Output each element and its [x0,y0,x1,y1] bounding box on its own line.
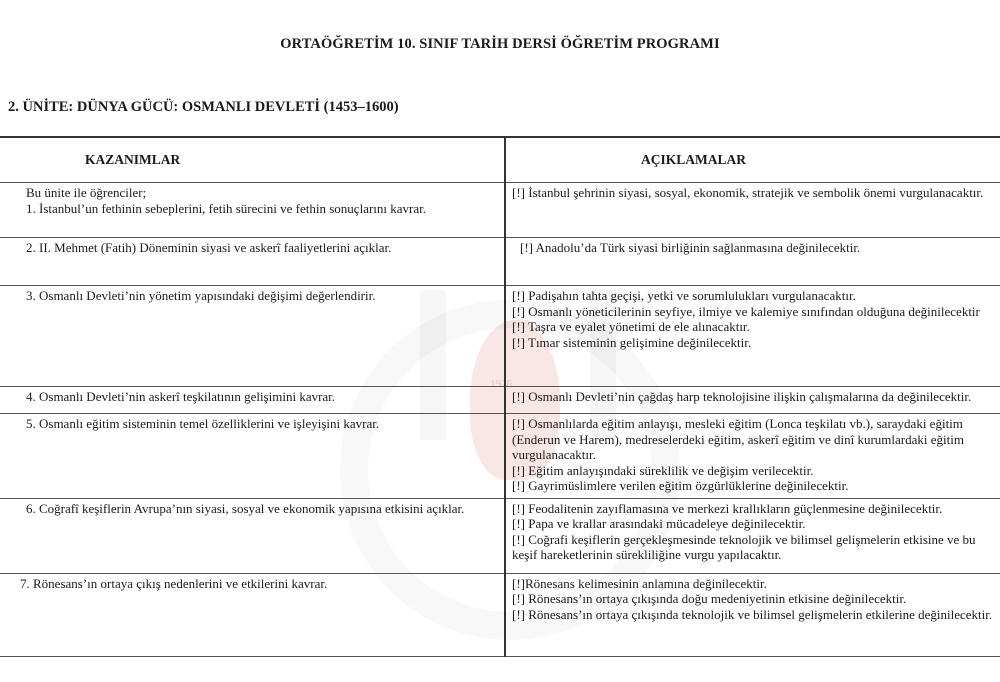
table-row: 5. Osmanlı eğitim sisteminin temel özell… [0,414,1000,499]
aciklama-item: [!] Osmanlı Devleti’nin çağdaş harp tekn… [512,389,996,405]
aciklama-item: [!] Anadolu’da Türk siyasi birliğinin sa… [520,240,996,256]
unit-title: 2. ÜNİTE: DÜNYA GÜCÜ: OSMANLI DEVLETİ (1… [8,99,399,116]
aciklama-item: [!] Coğrafi keşiflerin gerçekleşmesinde … [512,532,996,563]
aciklama-item: [!] Feodalitenin zayıflamasına ve merkez… [512,501,996,517]
kazanim-cell: 2. II. Mehmet (Fatih) Döneminin siyasi v… [0,238,505,286]
table-row: 6. Coğrafî keşiflerin Avrupa’nın siyasi,… [0,498,1000,573]
table-row: 2. II. Mehmet (Fatih) Döneminin siyasi v… [0,238,1000,286]
kazanim-cell: 4. Osmanlı Devleti’nin askerî teşkilatın… [0,387,505,414]
kazanim-text: 5. Osmanlı eğitim sisteminin temel özell… [26,416,496,432]
aciklama-item: [!] Rönesans’ın ortaya çıkışında teknolo… [512,607,996,623]
aciklama-cell: [!] Osmanlılarda eğitim anlayışı, meslek… [505,414,1000,499]
aciklama-item: [!] Rönesans’ın ortaya çıkışında doğu me… [512,591,996,607]
aciklama-item: [!] Papa ve krallar arasındaki mücadeley… [512,516,996,532]
kazanim-text: 1. İstanbul’un fethinin sebeplerini, fet… [26,201,496,217]
aciklama-cell: [!] Padişahın tahta geçişi, yetki ve sor… [505,286,1000,387]
aciklama-item: [!] Padişahın tahta geçişi, yetki ve sor… [512,288,996,304]
kazanim-text: 6. Coğrafî keşiflerin Avrupa’nın siyasi,… [26,501,496,517]
aciklama-item: [!] Osmanlı yöneticilerinin seyfiye, ilm… [512,304,996,320]
kazanim-cell: 7. Rönesans’ın ortaya çıkış nedenlerini … [0,573,505,656]
kazanim-text: 3. Osmanlı Devleti’nin yönetim yapısında… [26,288,496,304]
table-row: 7. Rönesans’ın ortaya çıkış nedenlerini … [0,573,1000,656]
header-kazanimlar: KAZANIMLAR [0,137,505,183]
table-row: 3. Osmanlı Devleti’nin yönetim yapısında… [0,286,1000,387]
kazanim-text: 7. Rönesans’ın ortaya çıkış nedenlerini … [20,576,496,592]
aciklama-cell: [!] Anadolu’da Türk siyasi birliğinin sa… [505,238,1000,286]
aciklama-item: [!] Osmanlılarda eğitim anlayışı, meslek… [512,416,996,463]
aciklama-item: [!] Taşra ve eyalet yönetimi de ele alın… [512,319,996,335]
kazanim-cell: 6. Coğrafî keşiflerin Avrupa’nın siyasi,… [0,498,505,573]
aciklama-cell: [!] Feodalitenin zayıflamasına ve merkez… [505,498,1000,573]
table-row: Bu ünite ile öğrenciler; 1. İstanbul’un … [0,183,1000,238]
kazanim-cell: Bu ünite ile öğrenciler; 1. İstanbul’un … [0,183,505,238]
table-header-row: KAZANIMLAR AÇIKLAMALAR [0,137,1000,183]
kazanim-cell: 3. Osmanlı Devleti’nin yönetim yapısında… [0,286,505,387]
aciklama-item: [!] Gayrimüslimlere verilen eğitim özgür… [512,478,996,494]
header-aciklamalar: AÇIKLAMALAR [505,137,1000,183]
kazanim-cell: 5. Osmanlı eğitim sisteminin temel özell… [0,414,505,499]
aciklama-cell: [!] Osmanlı Devleti’nin çağdaş harp tekn… [505,387,1000,414]
curriculum-table: KAZANIMLAR AÇIKLAMALAR Bu ünite ile öğre… [0,136,1000,657]
unit-intro-text: Bu ünite ile öğrenciler; [26,185,496,201]
aciklama-item: [!] Tımar sisteminin gelişimine değinile… [512,335,996,351]
table-row: 4. Osmanlı Devleti’nin askerî teşkilatın… [0,387,1000,414]
kazanim-text: 4. Osmanlı Devleti’nin askerî teşkilatın… [26,389,496,405]
aciklama-item: [!] İstanbul şehrinin siyasi, sosyal, ek… [512,185,996,201]
aciklama-cell: [!] İstanbul şehrinin siyasi, sosyal, ek… [505,183,1000,238]
aciklama-item: [!] Eğitim anlayışındaki süreklilik ve d… [512,463,996,479]
kazanim-text: 2. II. Mehmet (Fatih) Döneminin siyasi v… [26,240,496,256]
aciklama-cell: [!]Rönesans kelimesinin anlamına değinil… [505,573,1000,656]
document-title: ORTAÖĞRETİM 10. SINIF TARİH DERSİ ÖĞRETİ… [60,36,940,53]
aciklama-item: [!]Rönesans kelimesinin anlamına değinil… [512,576,996,592]
